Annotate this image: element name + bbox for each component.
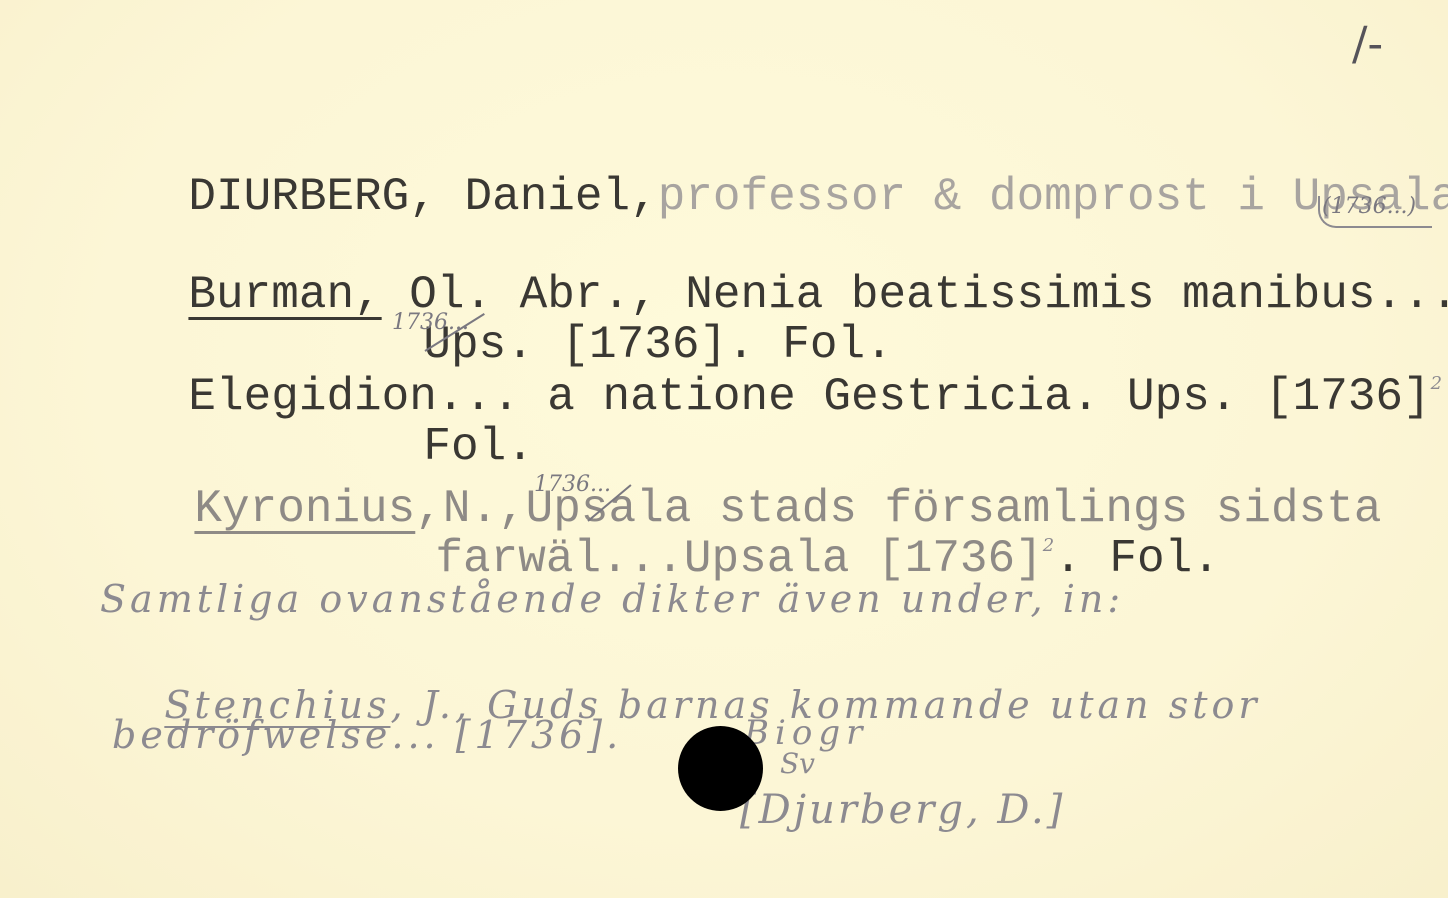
corner-mark: /- xyxy=(1352,20,1383,66)
heading-surname: DIURBERG, xyxy=(188,171,436,223)
catalog-card: /- DIURBERG, Daniel,professor & domprost… xyxy=(0,0,1448,898)
punch-hole xyxy=(678,726,763,811)
annotation-curve xyxy=(1318,196,1432,228)
pencil-note-ref: [Djurberg, D.] xyxy=(740,790,1065,830)
entry-kyronius-annotation: 1736... xyxy=(534,474,611,496)
entry-title-rest: a natione Gestricia. Ups. [1736] xyxy=(547,371,1430,423)
pencil-note-line1: Samtliga ovanstående dikter även under, … xyxy=(100,580,1124,618)
entry-end: . xyxy=(1442,371,1448,423)
heading-forename: Daniel, xyxy=(464,171,657,223)
pencil-note-biog: Biogr xyxy=(744,716,868,750)
question-mark-sup: 2 xyxy=(1043,535,1054,556)
question-mark-sup: 2 xyxy=(1431,373,1442,394)
pencil-note-sv: Sv xyxy=(780,750,815,778)
pencil-note-line3: bedröfwelse... [1736]. xyxy=(112,716,622,754)
